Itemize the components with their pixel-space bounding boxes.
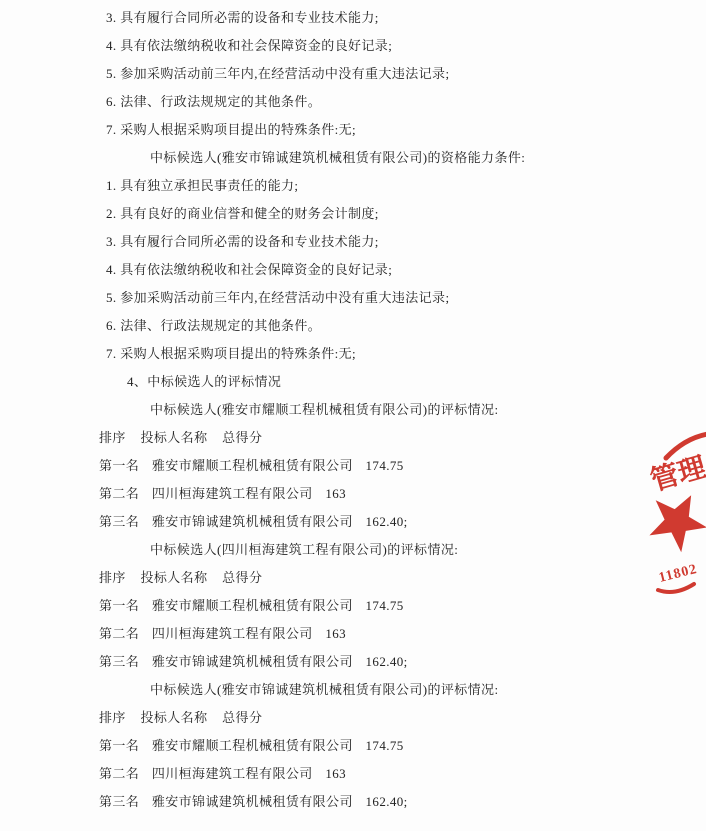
rank-cell: 第三名: [99, 794, 139, 809]
col-rank: 排序: [99, 710, 126, 725]
rank-row: 第三名 雅安市锦诚建筑机械租赁有限公司 162.40;: [0, 788, 706, 816]
score-cell: 162.40;: [366, 794, 408, 809]
evaluation-header: 中标候选人(雅安市锦诚建筑机械租赁有限公司)的评标情况:: [0, 676, 706, 704]
score-cell: 163: [325, 766, 346, 781]
bidder-cell: 四川桓海建筑工程有限公司: [152, 486, 313, 501]
rank-row: 第一名 雅安市耀顺工程机械租赁有限公司 174.75: [0, 592, 706, 620]
rank-row: 第二名 四川桓海建筑工程有限公司 163: [0, 760, 706, 788]
col-bidder: 投标人名称: [140, 570, 207, 585]
bidder-cell: 四川桓海建筑工程有限公司: [152, 626, 313, 641]
section-title: 4、中标候选人的评标情况: [0, 368, 706, 396]
rank-table-header: 排序 投标人名称 总得分: [0, 424, 706, 452]
bidder-cell: 雅安市锦诚建筑机械租赁有限公司: [152, 794, 353, 809]
col-score: 总得分: [222, 710, 262, 725]
col-bidder: 投标人名称: [140, 430, 207, 445]
score-cell: 174.75: [366, 458, 404, 473]
rank-cell: 第二名: [99, 766, 139, 781]
evaluation-header: 中标候选人(四川桓海建筑工程有限公司)的评标情况:: [0, 536, 706, 564]
condition-item: 7. 采购人根据采购项目提出的特殊条件:无;: [0, 340, 706, 368]
rank-table-header: 排序 投标人名称 总得分: [0, 704, 706, 732]
rank-cell: 第三名: [99, 514, 139, 529]
rank-cell: 第二名: [99, 486, 139, 501]
condition-item: 2. 具有良好的商业信誉和健全的财务会计制度;: [0, 200, 706, 228]
rank-row: 第三名 雅安市锦诚建筑机械租赁有限公司 162.40;: [0, 508, 706, 536]
evaluation-header: 中标候选人(雅安市耀顺工程机械租赁有限公司)的评标情况:: [0, 396, 706, 424]
condition-item: 5. 参加采购活动前三年内,在经营活动中没有重大违法记录;: [0, 284, 706, 312]
col-rank: 排序: [99, 430, 126, 445]
rank-row: 第二名 四川桓海建筑工程有限公司 163: [0, 480, 706, 508]
score-cell: 163: [325, 626, 346, 641]
col-score: 总得分: [222, 570, 262, 585]
condition-item: 4. 具有依法缴纳税收和社会保障资金的良好记录;: [0, 256, 706, 284]
condition-item: 6. 法律、行政法规规定的其他条件。: [0, 88, 706, 116]
rank-cell: 第三名: [99, 654, 139, 669]
col-bidder: 投标人名称: [140, 710, 207, 725]
condition-item: 7. 采购人根据采购项目提出的特殊条件:无;: [0, 116, 706, 144]
rank-cell: 第一名: [99, 598, 139, 613]
rank-cell: 第一名: [99, 738, 139, 753]
score-cell: 162.40;: [366, 514, 408, 529]
rank-row: 第三名 雅安市锦诚建筑机械租赁有限公司 162.40;: [0, 648, 706, 676]
col-score: 总得分: [222, 430, 262, 445]
condition-item: 5. 参加采购活动前三年内,在经营活动中没有重大违法记录;: [0, 60, 706, 88]
condition-item: 3. 具有履行合同所必需的设备和专业技术能力;: [0, 228, 706, 256]
rank-table-header: 排序 投标人名称 总得分: [0, 564, 706, 592]
rank-row: 第一名 雅安市耀顺工程机械租赁有限公司 174.75: [0, 452, 706, 480]
rank-cell: 第一名: [99, 458, 139, 473]
condition-item: 3. 具有履行合同所必需的设备和专业技术能力;: [0, 4, 706, 32]
bidder-cell: 四川桓海建筑工程有限公司: [152, 766, 313, 781]
bidder-cell: 雅安市锦诚建筑机械租赁有限公司: [152, 654, 353, 669]
rank-cell: 第二名: [99, 626, 139, 641]
bidder-cell: 雅安市锦诚建筑机械租赁有限公司: [152, 514, 353, 529]
rank-row: 第二名 四川桓海建筑工程有限公司 163: [0, 620, 706, 648]
qualification-header: 中标候选人(雅安市锦诚建筑机械租赁有限公司)的资格能力条件:: [0, 144, 706, 172]
score-cell: 174.75: [366, 598, 404, 613]
scanned-document-page: 3. 具有履行合同所必需的设备和专业技术能力; 4. 具有依法缴纳税收和社会保障…: [0, 0, 706, 831]
score-cell: 174.75: [366, 738, 404, 753]
bidder-cell: 雅安市耀顺工程机械租赁有限公司: [152, 738, 353, 753]
condition-item: 6. 法律、行政法规规定的其他条件。: [0, 312, 706, 340]
bidder-cell: 雅安市耀顺工程机械租赁有限公司: [152, 598, 353, 613]
rank-row: 第一名 雅安市耀顺工程机械租赁有限公司 174.75: [0, 732, 706, 760]
col-rank: 排序: [99, 570, 126, 585]
score-cell: 163: [325, 486, 346, 501]
condition-item: 4. 具有依法缴纳税收和社会保障资金的良好记录;: [0, 32, 706, 60]
bidder-cell: 雅安市耀顺工程机械租赁有限公司: [152, 458, 353, 473]
document-text: 3. 具有履行合同所必需的设备和专业技术能力; 4. 具有依法缴纳税收和社会保障…: [0, 4, 706, 816]
condition-item: 1. 具有独立承担民事责任的能力;: [0, 172, 706, 200]
score-cell: 162.40;: [366, 654, 408, 669]
